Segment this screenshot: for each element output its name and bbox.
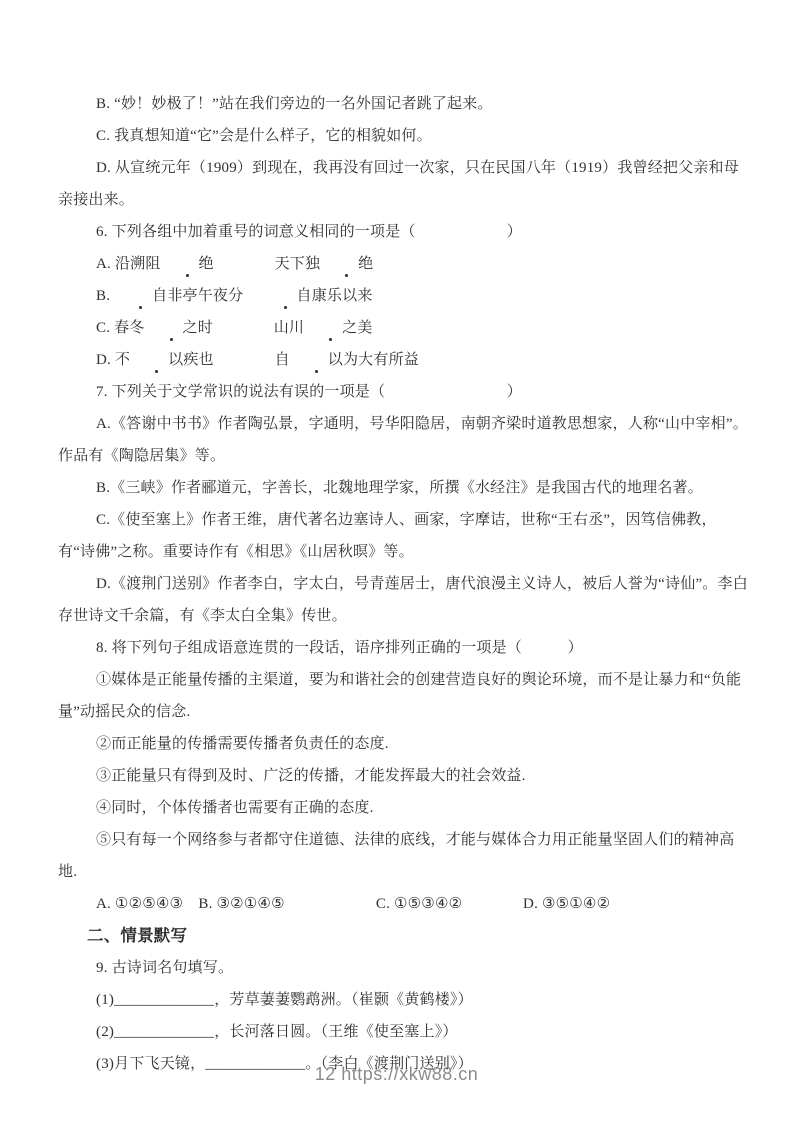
q7-stem: 7. 下列关于文学常识的说法有误的一项是（ ） (58, 376, 748, 408)
emphasized-char: 绝 (161, 257, 214, 272)
option-label: A. (96, 256, 115, 272)
page-number: 12 (315, 1064, 336, 1084)
q7-option-d: D.《渡荆门送别》作者李白，字太白，号青莲居士，唐代浪漫主义诗人，被后人誉为“诗… (58, 568, 748, 632)
q5-option-b: B. “妙！妙极了！”站在我们旁边的一名外国记者跳了起来。 (58, 88, 748, 120)
q9-item-2: (2)_____________，长河落日圆。（王维《使至塞上》） (58, 1016, 748, 1048)
emphasized-char: 自 (259, 289, 312, 304)
emphasized-char: 以 (130, 353, 183, 368)
phrase-text: 时 (198, 320, 213, 336)
q6-option-d: D. 不以疾也 自以为大有所益 (58, 344, 748, 376)
q6-option-c: C. 春冬之时 山川之美 (58, 312, 748, 344)
phrase-text: 疾也 (183, 352, 213, 368)
q7-option-c: C.《使至塞上》作者王维，唐代著名边塞诗人、画家，字摩诘，世称“王右丞”，因笃信… (58, 504, 748, 568)
column-gap (214, 256, 275, 272)
q6-option-b: B. 自非亭午夜分 自康乐以来 (58, 280, 748, 312)
q7-option-a: A.《答谢中书书》作者陶弘景，字通明，号华阳隐居，南朝齐梁时道教思想家，人称“山… (58, 408, 748, 472)
phrase-text: 春冬 (114, 320, 144, 336)
q6-stem: 6. 下列各组中加着重号的词意义相同的一项是（ ） (58, 216, 748, 248)
exam-page: B. “妙！妙极了！”站在我们旁边的一名外国记者跳了起来。 C. 我真想知道“它… (0, 0, 793, 1122)
phrase-text: 美 (357, 320, 372, 336)
phrase-text: 沿溯阻 (115, 256, 161, 272)
phrase-text: 山川 (274, 320, 304, 336)
section2-heading: 二、情景默写 (58, 920, 748, 952)
phrase-text: 自 (275, 352, 290, 368)
q9-stem: 9. 古诗词名句填写。 (58, 952, 748, 984)
q8-stem: 8. 将下列句子组成语意连贯的一段话，语序排列正确的一项是（ ） (58, 632, 748, 664)
q8-answer-options: A. ①②⑤④③ B. ③②①④⑤ C. ①⑤③④② D. ③⑤①④② (58, 888, 748, 920)
q8-sentence-4: ④同时，个体传播者也需要有正确的态度. (58, 792, 748, 824)
q6-option-a: A. 沿溯阻绝 天下独绝 (58, 248, 748, 280)
q5-option-d: D. 从宣统元年（1909）到现在，我再没有回过一次家，只在民国八年（1919）… (58, 152, 748, 216)
phrase-text: 为大有所益 (343, 352, 419, 368)
option-label: D. (96, 352, 115, 368)
column-gap (214, 352, 275, 368)
option-label: B. (96, 288, 114, 304)
q9-item-1: (1)_____________，芳草萋萋鹦鹉洲。（崔颢《黄鹤楼》） (58, 984, 748, 1016)
emphasized-char: 绝 (320, 257, 373, 272)
phrase-text: 天下独 (275, 256, 321, 272)
emphasized-char: 之 (145, 321, 198, 336)
q8-sentence-3: ③正能量只有得到及时、广泛的传播，才能发挥最大的社会效益. (58, 760, 748, 792)
q8-sentence-2: ②而正能量的传播需要传播者负责任的态度. (58, 728, 748, 760)
q7-option-b: B.《三峡》作者郦道元，字善长，北魏地理学家，所撰《水经注》是我国古代的地理名著… (58, 472, 748, 504)
site-url: https://xkw88.cn (341, 1064, 478, 1084)
emphasized-char: 自 (114, 289, 167, 304)
option-label: C. (96, 320, 114, 336)
emphasized-char: 之 (304, 321, 357, 336)
phrase-text: 康乐以来 (312, 288, 373, 304)
q8-sentence-1: ①媒体是正能量传播的主渠道，要为和谐社会的创建营造良好的舆论环境，而不是让暴力和… (58, 664, 748, 728)
page-footer: 12 https://xkw88.cn (0, 1064, 793, 1085)
q8-sentence-5: ⑤只有每一个网络参与者都守住道德、法律的底线，才能与媒体合力用正能量坚固人们的精… (58, 824, 748, 888)
column-gap (213, 320, 274, 336)
emphasized-char: 以 (290, 353, 343, 368)
column-gap (243, 288, 258, 304)
q5-option-c: C. 我真想知道“它”会是什么样子，它的相貌如何。 (58, 120, 748, 152)
phrase-text: 不 (115, 352, 130, 368)
phrase-text: 非亭午夜分 (167, 288, 243, 304)
